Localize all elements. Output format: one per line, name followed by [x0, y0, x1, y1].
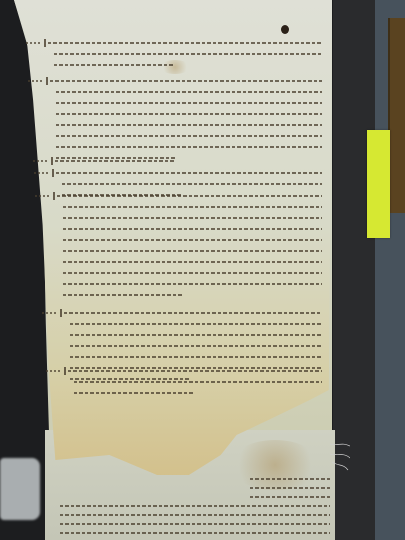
seal-hole: [281, 25, 289, 34]
stain: [160, 60, 190, 74]
loose-threads: [330, 440, 350, 480]
cloth-weight: [0, 458, 40, 520]
stain: [230, 440, 320, 490]
archive-label: [367, 130, 390, 238]
wooden-frame: [388, 18, 405, 213]
